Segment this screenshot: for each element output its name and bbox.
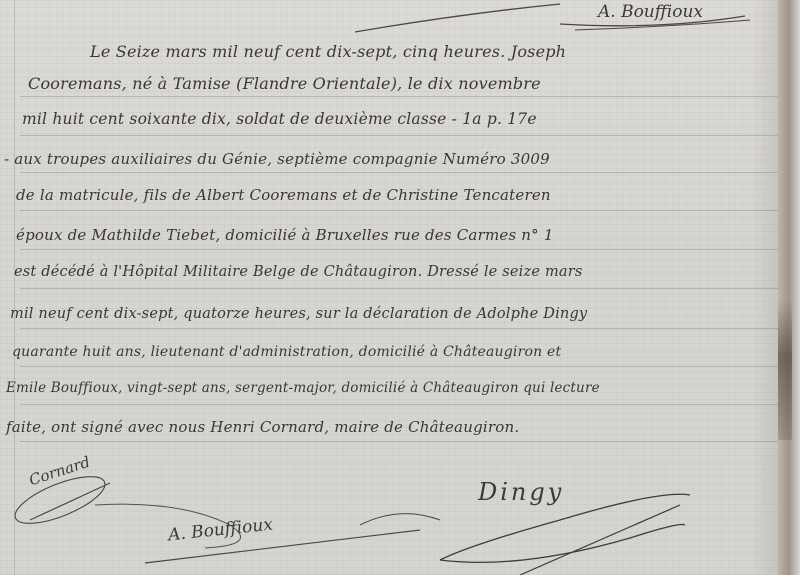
signature-flourishes (0, 0, 800, 575)
document-page: A. Bouffioux Le Seize mars mil neuf cent… (0, 0, 782, 575)
page-edge-shadow (778, 0, 800, 575)
page-edge-stain (778, 300, 792, 440)
